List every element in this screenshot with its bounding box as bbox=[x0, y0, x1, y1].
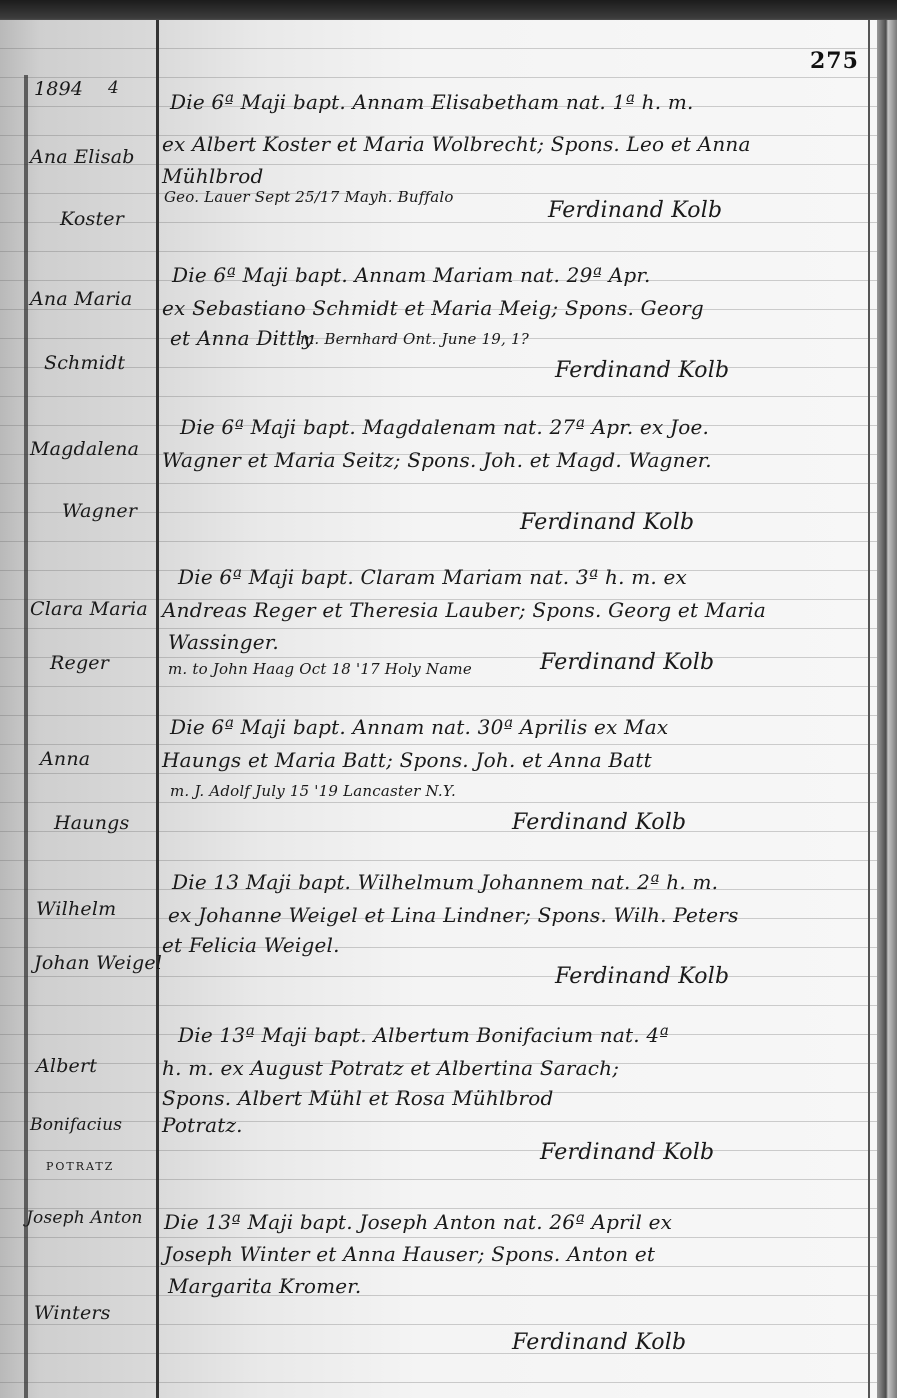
entry-line: Die 6ª Maji bapt. Annam Mariam nat. 29ª … bbox=[172, 263, 651, 287]
entry-line: Die 6ª Maji bapt. Annam nat. 30ª Aprilis… bbox=[170, 715, 668, 739]
register-page: 275 1894 4 Ana Elisab Koster Die 6ª Maji… bbox=[0, 20, 878, 1398]
entry-line: Margarita Kromer. bbox=[168, 1274, 361, 1298]
entry-line: Die 6ª Maji bapt. Claram Mariam nat. 3ª … bbox=[178, 565, 687, 589]
margin-surname: Schmidt bbox=[44, 352, 125, 374]
margin-surname: Wagner bbox=[62, 500, 137, 522]
margin-name: Anna bbox=[40, 748, 90, 770]
margin-name: Ana Elisab bbox=[30, 146, 135, 168]
entry-line: Joseph Winter et Anna Hauser; Spons. Ant… bbox=[164, 1242, 655, 1266]
entry-line: et Anna Dittly bbox=[170, 326, 314, 350]
entry-line: Haungs et Maria Batt; Spons. Joh. et Ann… bbox=[162, 748, 652, 772]
margin-name: Clara Maria bbox=[30, 598, 148, 620]
priest-signature: Ferdinand Kolb bbox=[555, 358, 729, 383]
entry-line: ex Sebastiano Schmidt et Maria Meig; Spo… bbox=[162, 296, 704, 320]
page-number: 275 bbox=[810, 48, 859, 74]
margin-year-suffix: 4 bbox=[108, 78, 119, 98]
margin-surname-print: POTRATZ bbox=[46, 1160, 114, 1173]
entry-line: ex Johanne Weigel et Lina Lindner; Spons… bbox=[168, 903, 739, 927]
entry-line: Die 13 Maji bapt. Wilhelmum Johannem nat… bbox=[172, 870, 718, 894]
entry-line: h. m. ex August Potratz et Albertina Sar… bbox=[162, 1056, 619, 1080]
entry-line: et Felicia Weigel. bbox=[162, 933, 340, 957]
margin-surname: Reger bbox=[50, 652, 109, 674]
priest-signature: Ferdinand Kolb bbox=[540, 1140, 714, 1165]
entry-line: Die 13ª Maji bapt. Albertum Bonifacium n… bbox=[178, 1023, 669, 1047]
entry-line: Andreas Reger et Theresia Lauber; Spons.… bbox=[162, 598, 766, 622]
entry-line: Die 6ª Maji bapt. Annam Elisabetham nat.… bbox=[170, 90, 694, 114]
entry-line: Potratz. bbox=[162, 1113, 243, 1137]
entry-line: Wassinger. bbox=[168, 630, 279, 654]
priest-signature: Ferdinand Kolb bbox=[540, 650, 714, 675]
priest-signature: Ferdinand Kolb bbox=[548, 198, 722, 223]
priest-signature: Ferdinand Kolb bbox=[555, 964, 729, 989]
margin-surname: Koster bbox=[60, 208, 124, 230]
name-column-rule bbox=[156, 20, 159, 1398]
margin-surname: Bonifacius bbox=[30, 1115, 122, 1135]
book-spine-edge bbox=[877, 20, 897, 1398]
entry-line: Die 6ª Maji bapt. Magdalenam nat. 27ª Ap… bbox=[180, 415, 709, 439]
entry-annotation: m. to John Haag Oct 18 '17 Holy Name bbox=[168, 660, 472, 678]
entry-line: Spons. Albert Mühl et Rosa Mühlbrod bbox=[162, 1086, 554, 1110]
margin-year: 1894 bbox=[34, 78, 83, 100]
priest-signature: Ferdinand Kolb bbox=[512, 1330, 686, 1355]
entry-line: ex Albert Koster et Maria Wolbrecht; Spo… bbox=[162, 132, 751, 156]
margin-name: Joseph Anton bbox=[26, 1208, 143, 1228]
margin-name: Wilhelm bbox=[36, 898, 116, 920]
left-margin-rule bbox=[24, 75, 28, 1398]
entry-line: Die 13ª Maji bapt. Joseph Anton nat. 26ª… bbox=[164, 1210, 672, 1234]
entry-annotation: m. J. Adolf July 15 '19 Lancaster N.Y. bbox=[170, 782, 456, 800]
entry-line: Wagner et Maria Seitz; Spons. Joh. et Ma… bbox=[162, 448, 712, 472]
margin-name: Albert bbox=[36, 1055, 97, 1077]
right-page-rule bbox=[868, 20, 870, 1398]
priest-signature: Ferdinand Kolb bbox=[512, 810, 686, 835]
margin-surname: Winters bbox=[34, 1302, 111, 1324]
entry-line: Mühlbrod bbox=[162, 164, 263, 188]
entry-annotation: Geo. Lauer Sept 25/17 Mayh. Buffalo bbox=[164, 188, 454, 206]
margin-name: Ana Maria bbox=[30, 288, 132, 310]
priest-signature: Ferdinand Kolb bbox=[520, 510, 694, 535]
margin-surname: Haungs bbox=[54, 812, 129, 834]
entry-annotation: m. Bernhard Ont. June 19, 1? bbox=[300, 330, 529, 348]
margin-name: Magdalena bbox=[30, 438, 139, 460]
margin-surname: Johan Weigel bbox=[34, 952, 162, 974]
